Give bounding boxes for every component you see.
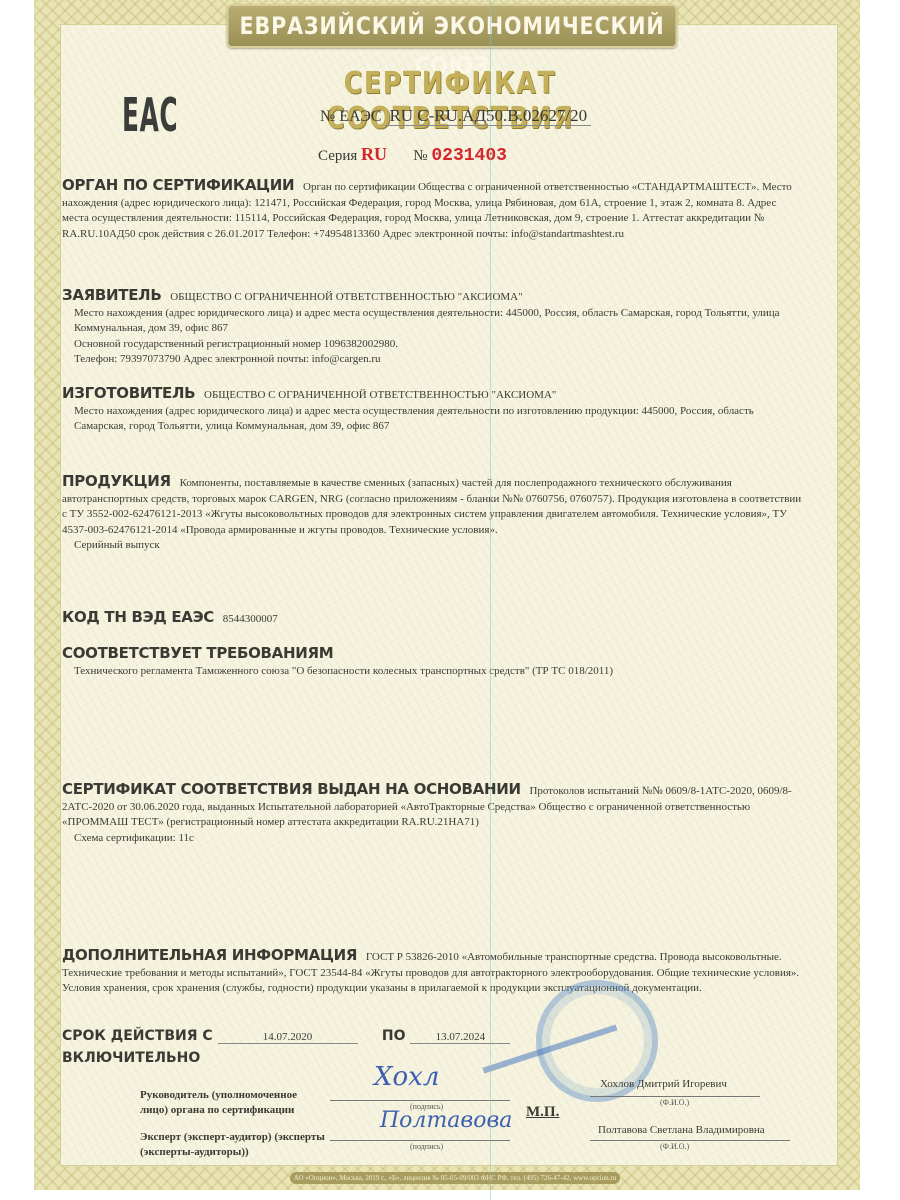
- head-signature-line: [330, 1100, 510, 1101]
- expert-signature-line: [330, 1140, 510, 1141]
- section-hs-code: КОД ТН ВЭД ЕАЭС 8544300007: [62, 610, 802, 628]
- section-product: ПРОДУКЦИЯ Компоненты, поставляемые в кач…: [62, 474, 802, 554]
- valid-from-date: 14.07.2020: [218, 1031, 358, 1044]
- hs-code-value: 8544300007: [223, 613, 278, 625]
- head-name: Хохлов Дмитрий Игоревич: [600, 1078, 727, 1090]
- expert-signature-icon: Полтавова: [380, 1108, 512, 1133]
- expert-signature-caption: (подпись): [410, 1142, 443, 1151]
- product-text: Компоненты, поставляемые в качестве смен…: [62, 477, 801, 536]
- number-label: №: [413, 148, 427, 164]
- union-banner: ЕВРАЗИЙСКИЙ ЭКОНОМИЧЕСКИЙ СОЮЗ: [227, 4, 678, 48]
- expert-label: Эксперт (эксперт-аудитор) (эксперты (экс…: [140, 1130, 330, 1160]
- expert-name: Полтавова Светлана Владимировна: [598, 1124, 765, 1136]
- series-label: Серия: [318, 148, 357, 164]
- section-heading: ПРОДУКЦИЯ: [62, 472, 171, 490]
- section-additional-info: ДОПОЛНИТЕЛЬНАЯ ИНФОРМАЦИЯ ГОСТ Р 53826-2…: [62, 948, 802, 997]
- section-heading: КОД ТН ВЭД ЕАЭС: [62, 608, 214, 626]
- registration-number: № ЕАЭС RU C-RU.АД50.В.02627/20: [320, 106, 591, 126]
- eac-logo-icon: ЕАС: [122, 88, 178, 142]
- valid-from-label: СРОК ДЕЙСТВИЯ С: [62, 1028, 213, 1044]
- expert-name-line: [590, 1140, 790, 1141]
- section-conformity: СООТВЕТСТВУЕТ ТРЕБОВАНИЯМ Технического р…: [62, 646, 802, 679]
- printer-footer: АО «Опцион», Москва, 2019 г., «Б», лицен…: [290, 1172, 620, 1184]
- section-heading: ЗАЯВИТЕЛЬ: [62, 286, 161, 304]
- reg-label: № ЕАЭС: [320, 108, 381, 125]
- head-name-line: [590, 1096, 760, 1097]
- reg-value: RU C-RU.АД50.В.02627/20: [385, 106, 591, 126]
- head-name-caption: (Ф.И.О.): [660, 1098, 689, 1107]
- section-heading: ДОПОЛНИТЕЛЬНАЯ ИНФОРМАЦИЯ: [62, 946, 357, 964]
- expert-name-caption: (Ф.И.О.): [660, 1142, 689, 1151]
- manufacturer-address: Место нахождения (адрес юридического лиц…: [74, 404, 802, 435]
- scan-artifact-line: [490, 0, 491, 1200]
- section-manufacturer: ИЗГОТОВИТЕЛЬ ОБЩЕСТВО С ОГРАНИЧЕННОЙ ОТВ…: [62, 386, 802, 435]
- product-release: Серийный выпуск: [74, 538, 802, 554]
- validity-period: СРОК ДЕЙСТВИЯ С 14.07.2020 ПО 13.07.2024…: [62, 1028, 522, 1066]
- inclusive-label: ВКЛЮЧИТЕЛЬНО: [62, 1050, 522, 1066]
- valid-to-date: 13.07.2024: [410, 1031, 510, 1044]
- section-basis: СЕРТИФИКАТ СООТВЕТСТВИЯ ВЫДАН НА ОСНОВАН…: [62, 782, 802, 846]
- applicant-ogrn: Основной государственный регистрационный…: [74, 337, 802, 353]
- section-heading: ИЗГОТОВИТЕЛЬ: [62, 384, 195, 402]
- section-heading: СООТВЕТСТВУЕТ ТРЕБОВАНИЯМ: [62, 644, 333, 662]
- applicant-address: Место нахождения (адрес юридического лиц…: [74, 306, 802, 337]
- applicant-name: ОБЩЕСТВО С ОГРАНИЧЕННОЙ ОТВЕТСТВЕННОСТЬЮ…: [170, 291, 522, 303]
- section-certification-body: ОРГАН ПО СЕРТИФИКАЦИИ Орган по сертифика…: [62, 178, 802, 242]
- applicant-contacts: Телефон: 79397073790 Адрес электронной п…: [74, 352, 802, 368]
- section-applicant: ЗАЯВИТЕЛЬ ОБЩЕСТВО С ОГРАНИЧЕННОЙ ОТВЕТС…: [62, 288, 802, 368]
- section-heading: ОРГАН ПО СЕРТИФИКАЦИИ: [62, 176, 294, 194]
- number-value: 0231403: [431, 146, 507, 166]
- valid-to-label: ПО: [382, 1028, 406, 1044]
- basis-scheme: Схема сертификации: 11с: [74, 831, 802, 847]
- series-value: RU: [361, 144, 387, 164]
- conformity-text: Технического регламента Таможенного союз…: [74, 664, 802, 680]
- manufacturer-name: ОБЩЕСТВО С ОГРАНИЧЕННОЙ ОТВЕТСТВЕННОСТЬЮ…: [204, 389, 556, 401]
- section-heading: СЕРТИФИКАТ СООТВЕТСТВИЯ ВЫДАН НА ОСНОВАН…: [62, 780, 521, 798]
- head-label: Руководитель (уполномоченное лицо) орган…: [140, 1088, 320, 1118]
- seal-label: М.П.: [526, 1104, 559, 1121]
- head-signature-icon: Хохл: [374, 1062, 439, 1092]
- series-number: Серия RU № 0231403: [318, 144, 507, 166]
